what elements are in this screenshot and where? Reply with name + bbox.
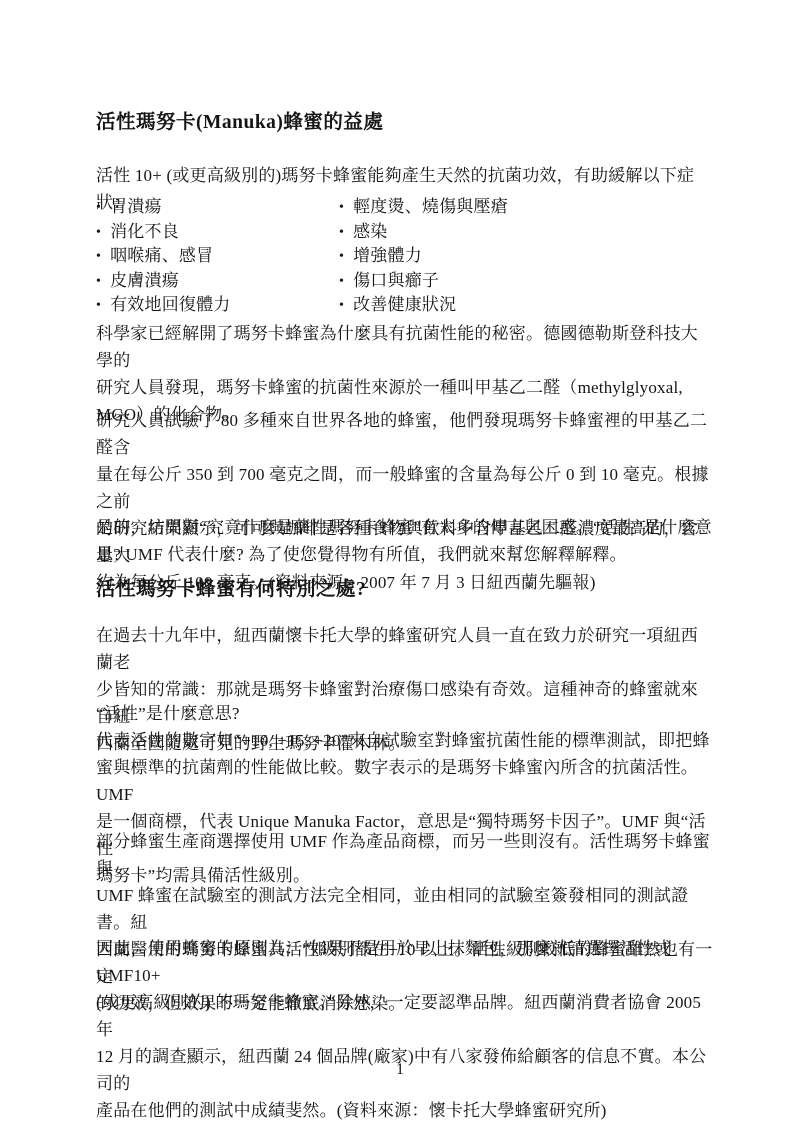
benefit-label: 傷口與癤子 — [353, 270, 439, 293]
page-number: 1 — [0, 1060, 800, 1080]
benefits-list: • 胃潰瘍 • 消化不良 • 咽喉痛、感冒 • 皮膚潰瘍 • 有效地回復體力 • — [96, 196, 714, 319]
benefit-label: 有效地回復體力 — [110, 294, 230, 317]
bullet-icon: • — [96, 271, 101, 294]
bullet-icon: • — [339, 222, 344, 245]
document-page: 活性瑪努卡(Manuka)蜂蜜的益處 活性 10+ (或更高級別的)瑪努卡蜂蜜能… — [0, 0, 800, 1133]
bullet-icon: • — [339, 246, 344, 269]
benefit-label: 胃潰瘍 — [110, 196, 162, 219]
bullet-icon: • — [96, 197, 101, 220]
list-item: • 增強體力 — [339, 245, 714, 270]
list-item: • 咽喉痛、感冒 — [96, 245, 339, 270]
benefit-label: 咽喉痛、感冒 — [110, 245, 213, 268]
benefit-label: 感染 — [353, 221, 387, 244]
paragraph-common-questions: 是的，坊間對“究竟什麼是藥性瑪努卡蜂蜜”有太多的傳言與困惑。“活性”是什麼意 思… — [96, 514, 714, 568]
list-item: • 輕度燙、燒傷與壓瘡 — [339, 196, 714, 221]
benefits-column-right: • 輕度燙、燒傷與壓瘡 • 感染 • 增強體力 • 傷口與癤子 • 改善健康狀況 — [339, 196, 714, 319]
benefit-label: 輕度燙、燒傷與壓瘡 — [353, 196, 508, 219]
paragraph-usage-advice: 因此，使用蜂蜜的原則為：“如果不是用於早上抹麵包，那麼就請選擇活性或 UMF10… — [96, 935, 714, 1124]
list-item: • 有效地回復體力 — [96, 294, 339, 319]
list-item: • 消化不良 — [96, 221, 339, 246]
bullet-icon: • — [96, 222, 101, 245]
list-item: • 傷口與癤子 — [339, 270, 714, 295]
section-heading-special: 活性瑪努卡蜂蜜有何特別之處? — [96, 577, 714, 603]
benefit-label: 消化不良 — [110, 221, 179, 244]
bullet-icon: • — [339, 295, 344, 318]
doc-title: 活性瑪努卡(Manuka)蜂蜜的益處 — [96, 110, 714, 136]
list-item: • 感染 — [339, 221, 714, 246]
bullet-icon: • — [339, 197, 344, 220]
list-item: • 改善健康狀況 — [339, 294, 714, 319]
benefit-label: 皮膚潰瘍 — [110, 270, 179, 293]
benefit-label: 增強體力 — [353, 245, 422, 268]
benefit-label: 改善健康狀況 — [353, 294, 456, 317]
benefits-column-left: • 胃潰瘍 • 消化不良 • 咽喉痛、感冒 • 皮膚潰瘍 • 有效地回復體力 — [96, 196, 339, 319]
list-item: • 皮膚潰瘍 — [96, 270, 339, 295]
bullet-icon: • — [339, 271, 344, 294]
bullet-icon: • — [96, 246, 101, 269]
list-item: • 胃潰瘍 — [96, 196, 339, 221]
bullet-icon: • — [96, 295, 101, 318]
